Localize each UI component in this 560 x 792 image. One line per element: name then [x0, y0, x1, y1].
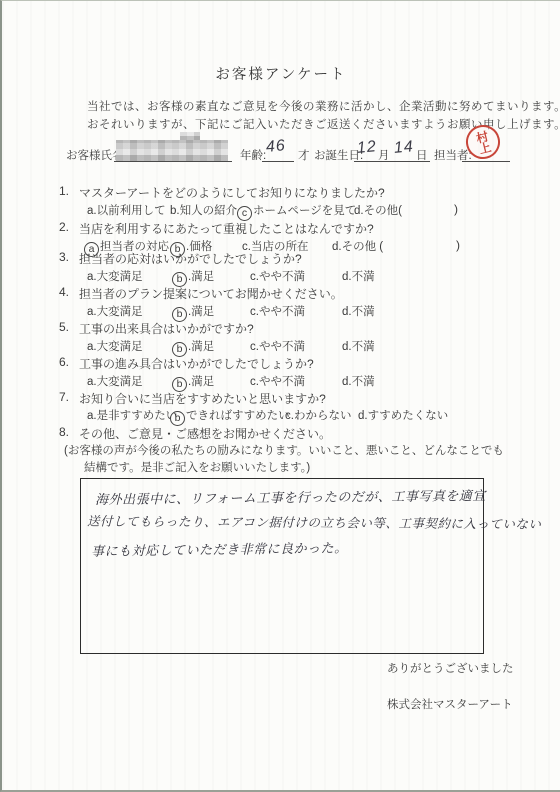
question-4-options: a.大変満足 b.満足 c.やや不満 d.不満 — [2, 303, 560, 321]
option-q3-d: d.不満 — [342, 268, 375, 284]
survey-sheet: お客様アンケート 当社では、お客様の素直なご意見を今後の業務に活かし、企業活動に… — [0, 0, 560, 792]
question-5: 5. 工事の出来具合はいかがですか? — [59, 320, 254, 337]
option-q7-c: c.わからない — [285, 407, 351, 423]
question-3-options: a.大変満足 b.満足 c.やや不満 d.不満 — [2, 268, 560, 286]
comment-box: 海外出張中に、リフォーム工事を行ったのだが、工事写真を適宜 送付してもらったり、… — [80, 478, 484, 654]
option-q5-a: a.大変満足 — [87, 338, 143, 354]
name-underline — [114, 160, 232, 162]
option-q7-a: a.是非すすめたい — [87, 407, 177, 423]
question-1: 1. マスターアートをどのようにしてお知りになりましたか? — [59, 184, 385, 201]
handwriting-line-3: 事にも対応していただき非常に良かった。 — [91, 537, 348, 560]
handwriting-line-2: 送付してもらったり、エアコン据付けの立ち会い等、工事契約に入っていない — [87, 511, 542, 532]
option-q4-d: d.不満 — [342, 303, 375, 319]
option-q6-c: c.やや不満 — [250, 373, 305, 389]
birthday-day-handwritten: 14 — [393, 138, 414, 158]
age-suffix: 才 — [298, 147, 310, 163]
intro-line-1: 当社では、お客様の素直なご意見を今後の業務に活かし、企業活動に努めてまいります。 — [87, 98, 560, 114]
question-8: 8. その他、ご意見・ご感想をお聞かせください。 — [59, 425, 331, 442]
staff-underline — [462, 160, 510, 162]
option-q5-d: d.不満 — [342, 338, 375, 354]
handwriting-line-1: 海外出張中に、リフォーム工事を行ったのだが、工事写真を適宜 — [95, 485, 486, 508]
customer-name-redacted — [116, 140, 228, 161]
question-1-options: a.以前利用して b.知人の紹介 cホームページを見て d.その他( ) — [2, 202, 560, 220]
question-4: 4. 担当者のプラン提案についてお聞かせください。 — [59, 285, 343, 302]
option-q3-a: a.大変満足 — [87, 268, 143, 284]
question-3: 3. 担当者の応対はいかがでしたでしょうか? — [59, 250, 302, 267]
question-8-note-line1: (お客様の声が今後の私たちの励みになります。いいこと、悪いこと、どんなことでも — [64, 442, 504, 458]
option-q1-a: a.以前利用して — [87, 202, 166, 218]
age-underline — [262, 160, 294, 162]
option-q7-d: d.すすめたくない — [358, 407, 448, 423]
option-q6-a: a.大変満足 — [87, 373, 143, 389]
q2-close-paren: ) — [456, 238, 460, 252]
option-q4-a: a.大変満足 — [87, 303, 143, 319]
q1-close-paren: ) — [454, 202, 458, 216]
option-q1-c-selected: cホームページを見て — [237, 202, 356, 221]
option-q4-c: c.やや不満 — [250, 303, 305, 319]
question-7: 7. お知り合いに当店をすすめたいと思いますか? — [59, 390, 326, 407]
option-q3-c: c.やや不満 — [250, 268, 305, 284]
option-q5-c: c.やや不満 — [250, 338, 305, 354]
company-name: 株式会社マスターアート — [387, 696, 513, 712]
birthday-underline — [354, 160, 430, 162]
question-7-options: a.是非すすめたい bできればすすめたい c.わからない d.すすめたくない — [2, 407, 560, 425]
option-q1-b: b.知人の紹介 — [170, 202, 237, 218]
option-q2-d: d.その他 ( — [332, 238, 383, 254]
staff-stamp-name: 村上 — [475, 130, 492, 154]
option-q7-b-selected: bできればすすめたい — [170, 407, 290, 426]
question-6-options: a.大変満足 b.満足 c.やや不満 d.不満 — [2, 373, 560, 391]
page-title: お客様アンケート — [2, 63, 560, 84]
option-q1-d: d.その他( — [354, 202, 402, 218]
thanks-text: ありがとうございました — [387, 660, 514, 676]
birthday-month-handwritten: 12 — [356, 138, 377, 158]
question-2: 2. 当店を利用するにあたって重視したことはなんですか? — [59, 220, 374, 237]
age-value-handwritten: 46 — [265, 137, 286, 157]
question-5-options: a.大変満足 b.満足 c.やや不満 d.不満 — [2, 338, 560, 356]
question-6: 6. 工事の進み具合はいかがでしたでしょうか? — [59, 355, 314, 372]
question-8-note-line2: 結構です。是非ご記入をお願いいたします。) — [84, 459, 310, 475]
option-q6-d: d.不満 — [342, 373, 375, 389]
